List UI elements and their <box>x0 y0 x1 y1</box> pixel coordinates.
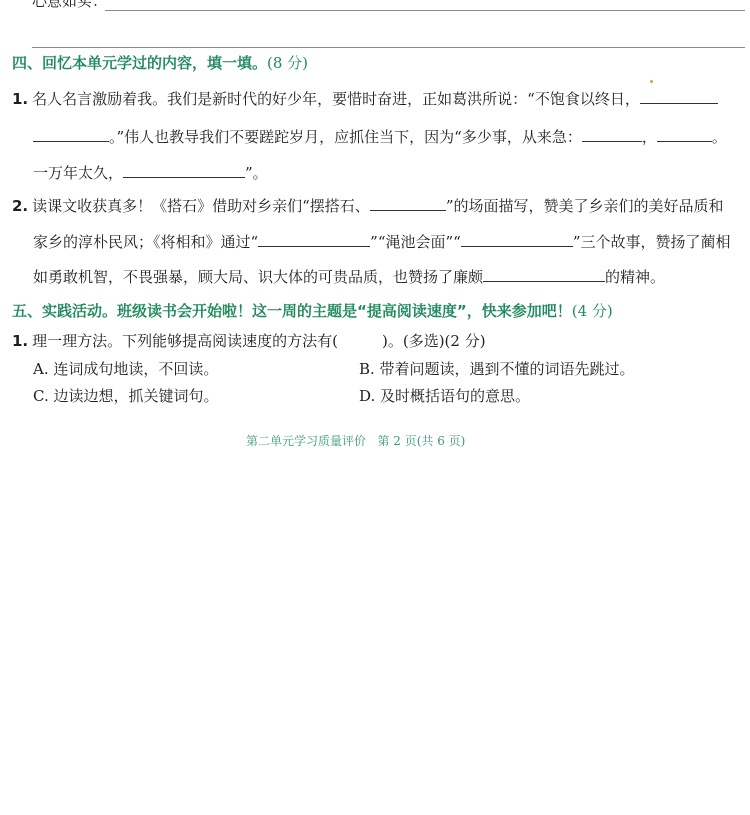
s4-q1-text2b: ， <box>642 128 657 146</box>
option-d: D. 及时概括语句的意思。 <box>359 386 530 406</box>
blank-q1-d[interactable] <box>657 127 712 142</box>
s4-q1-text3b: ”。 <box>245 164 268 182</box>
s4-q2-text2a: 家乡的淳朴民风；《将相和》通过“ <box>33 233 258 251</box>
option-a: A. 连词成句地读，不回读。 <box>33 359 218 379</box>
option-b: B. 带着问题读，遇到不懂的词语先跳过。 <box>359 359 635 379</box>
s5-q1-number: 1. <box>12 332 28 350</box>
answer-line-1[interactable] <box>105 10 745 11</box>
s5-q1-stem-b: )。(多选)(2 分) <box>382 332 486 350</box>
s4-q2-text3b: 的精神。 <box>605 268 665 286</box>
s4-q1-line3: 一万年太久，”。 <box>33 163 268 183</box>
section5-score: (4 分) <box>572 302 613 320</box>
blank-q2-d[interactable] <box>483 267 605 282</box>
page-footer: 第二单元学习质量评价 第 2 页(共 6 页) <box>246 432 465 449</box>
s4-q2-text2b: ”“渑池会面”“ <box>370 233 461 251</box>
section4-heading: 四、回忆本单元学过的内容，填一填。(8 分) <box>12 52 308 73</box>
s4-q2-text1a: 读课文收获真多！《搭石》借助对乡亲们“摆搭石、 <box>32 197 370 215</box>
section5-title: 五、实践活动。班级读书会开始啦！这一周的主题是“提高阅读速度”，快来参加吧！ <box>12 302 572 320</box>
blank-q1-a[interactable] <box>640 89 718 104</box>
s4-q1-line2: 。”伟人也教导我们不要蹉跎岁月，应抓住当下，因为“多少事，从来急：，。 <box>33 127 727 147</box>
section4-title: 四、回忆本单元学过的内容，填一填。 <box>12 54 267 72</box>
blank-q2-a[interactable] <box>370 196 446 211</box>
s4-q2-text3a: 如勇敢机智，不畏强暴，顾大局、识大体的可贵品质，也赞扬了廉颇 <box>33 268 483 286</box>
s5-q1-stem-a: 理一理方法。下列能够提高阅读速度的方法有( <box>32 332 338 350</box>
s4-q1-text1: 名人名言激励着我。我们是新时代的好少年，要惜时奋进，正如葛洪所说：“不饱食以终日… <box>32 90 640 108</box>
cropped-answer-label: 心意如实： <box>32 0 107 11</box>
blank-q1-c[interactable] <box>582 127 642 142</box>
blank-q1-e[interactable] <box>123 163 245 178</box>
section4-score: (8 分) <box>267 54 308 72</box>
s4-q1-text3a: 一万年太久， <box>33 164 123 182</box>
s4-q2-number: 2. <box>12 197 28 215</box>
s4-q1-number: 1. <box>12 90 28 108</box>
s4-q2-line1: 2.读课文收获真多！《搭石》借助对乡亲们“摆搭石、”的场面描写，赞美了乡亲们的美… <box>12 196 723 216</box>
scan-speck <box>650 80 653 83</box>
section5-heading: 五、实践活动。班级读书会开始啦！这一周的主题是“提高阅读速度”，快来参加吧！(4… <box>12 300 613 321</box>
s4-q2-line2: 家乡的淳朴民风；《将相和》通过“”“渑池会面”“”三个故事，赞扬了蔺相 <box>33 232 731 252</box>
s4-q2-text2c: ”三个故事，赞扬了蔺相 <box>573 233 731 251</box>
blank-q2-b[interactable] <box>258 232 370 247</box>
s4-q2-line3: 如勇敢机智，不畏强暴，顾大局、识大体的可贵品质，也赞扬了廉颇的精神。 <box>33 267 665 287</box>
answer-line-2[interactable] <box>32 47 745 48</box>
s5-q1-stem: 1.理一理方法。下列能够提高阅读速度的方法有()。(多选)(2 分) <box>12 331 486 351</box>
s4-q1-text2a: 。”伟人也教导我们不要蹉跎岁月，应抓住当下，因为“多少事，从来急： <box>109 128 582 146</box>
blank-q1-b[interactable] <box>33 127 109 142</box>
option-c: C. 边读边想，抓关键词句。 <box>33 386 218 406</box>
s4-q1-text2c: 。 <box>712 128 727 146</box>
blank-q2-c[interactable] <box>461 232 573 247</box>
s4-q2-text1b: ”的场面描写，赞美了乡亲们的美好品质和 <box>446 197 724 215</box>
s4-q1-line1: 1.名人名言激励着我。我们是新时代的好少年，要惜时奋进，正如葛洪所说：“不饱食以… <box>12 89 718 109</box>
